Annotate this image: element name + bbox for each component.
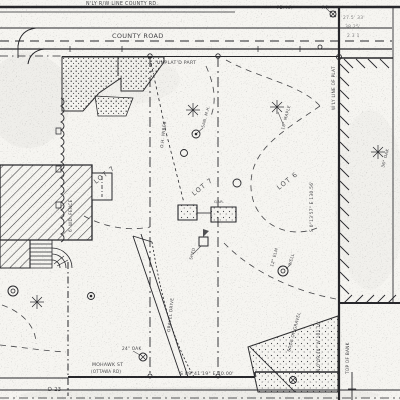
scan-noise-overlay <box>0 0 400 400</box>
plan-drawing: N'LY R/W LINE COUNTY RD. COUNTY ROAD UNP… <box>0 0 400 400</box>
scanned-survey-plan: N'LY R/W LINE COUNTY RD. COUNTY ROAD UNP… <box>0 0 400 400</box>
